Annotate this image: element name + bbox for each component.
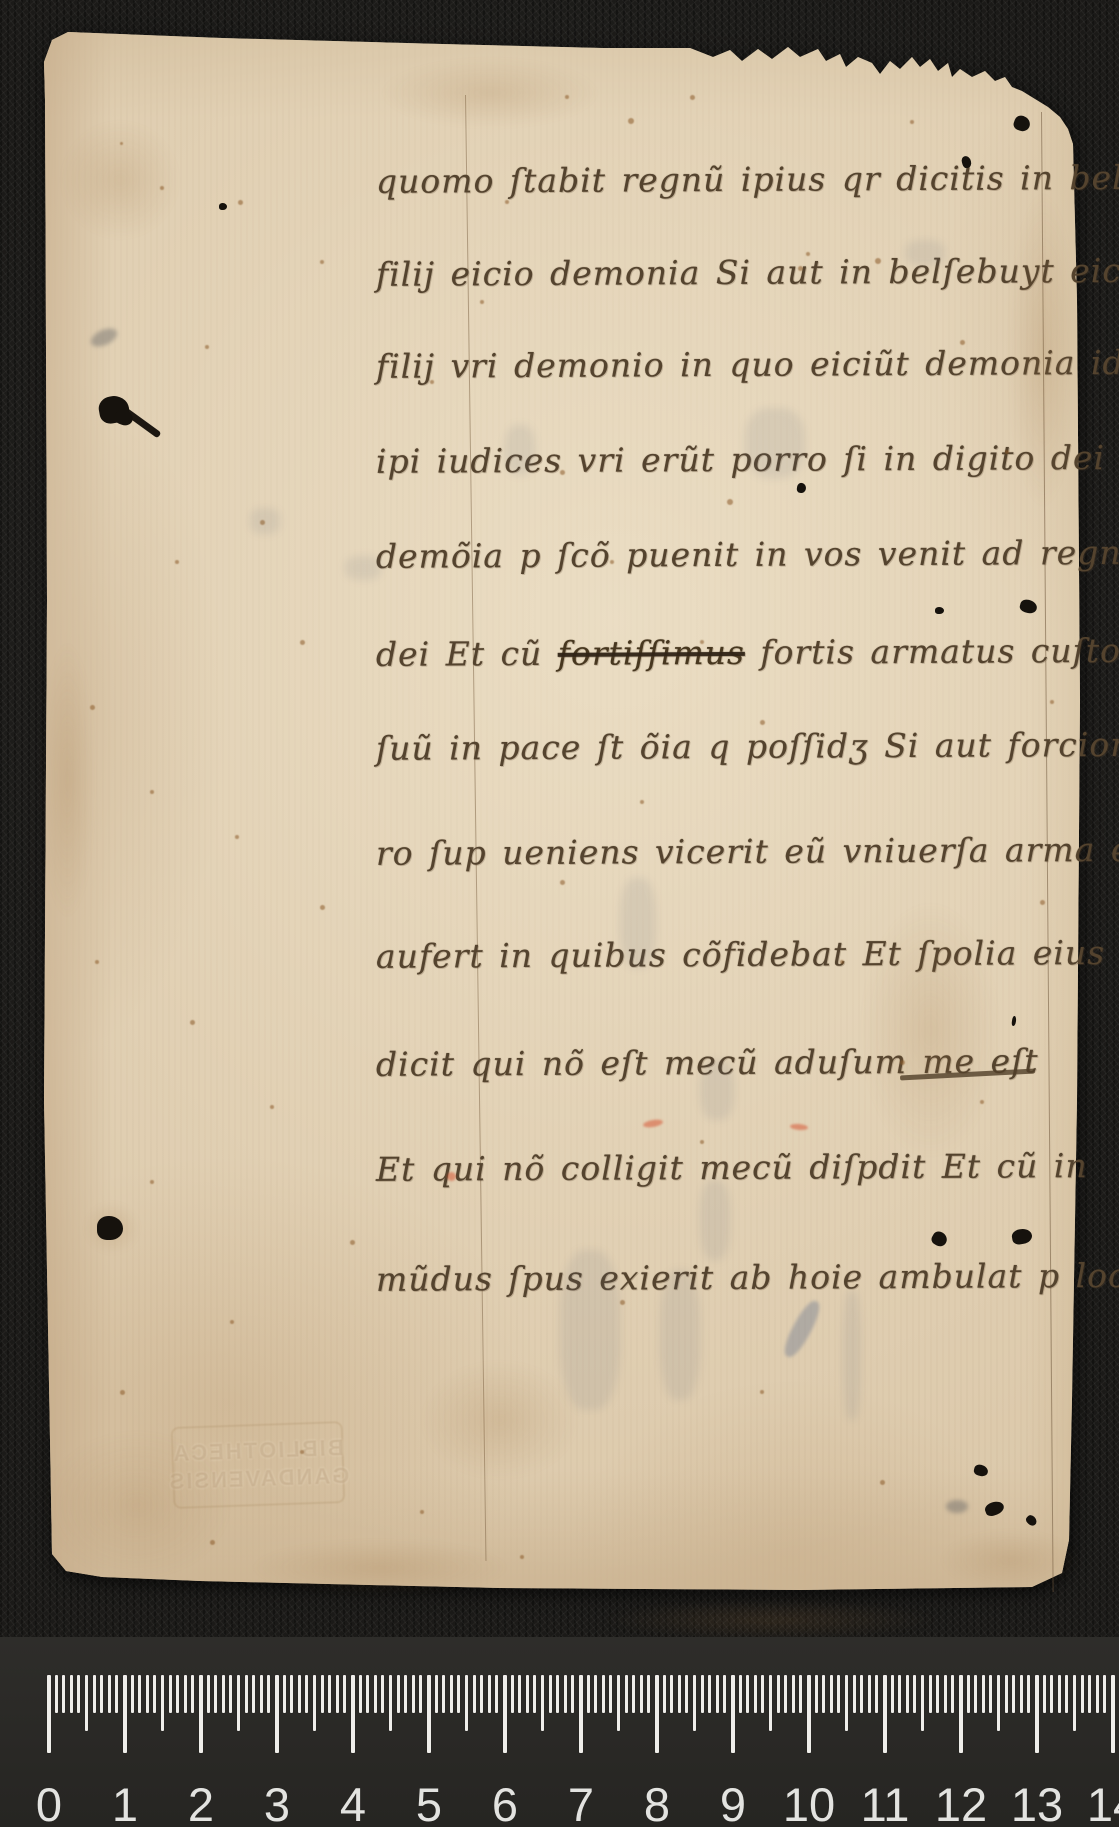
ruler-tick [214,1675,217,1713]
brown-specks-mark [520,1555,524,1559]
brown-specks-mark [175,560,179,564]
brown-specks-mark [420,1510,424,1514]
ruler-tick [663,1675,666,1713]
ruler-tick [1035,1675,1039,1753]
ruler-tick [305,1675,308,1713]
ruler-tick [731,1675,735,1753]
brown-specks-mark [560,470,565,475]
ruler-tick [359,1675,362,1713]
brown-specks-mark [120,142,123,145]
show-through-mark [660,1270,700,1400]
ruler-tick [556,1675,559,1713]
brown-specks-mark [1040,900,1045,905]
ruler-tick [822,1675,825,1713]
ruler-tick [898,1675,901,1713]
brown-specks-mark [90,705,95,710]
ruler-tick [419,1675,422,1713]
ruler-tick [518,1675,521,1713]
ruler-tick [283,1675,286,1713]
ruler-label: 4 [340,1777,366,1827]
ruler-tick [1027,1675,1030,1713]
line-text: fortis armatus cuſtodit atriũ [745,630,1119,672]
show-through-mark [560,1250,620,1410]
manuscript-line: filij vri demonio in quo eiciũt demonia … [376,343,1074,399]
ruler-tick [1050,1675,1053,1713]
ruler-label: 6 [492,1777,518,1827]
brown-specks-mark [270,1105,274,1109]
ruler-tick [290,1675,293,1713]
ruler-label: 14 [1087,1777,1119,1827]
ruler-tick [837,1675,840,1713]
ruler-tick [427,1675,431,1753]
ruler-label: 7 [568,1777,594,1827]
ruler-label: 11 [861,1777,910,1827]
brown-specks-mark [300,1450,304,1454]
ruler-tick [579,1675,583,1753]
brown-specks-mark [160,186,164,190]
brown-specks-mark [900,1060,905,1065]
show-through-mark [620,878,656,968]
brown-specks-mark [1050,700,1054,704]
brown-specks-mark [560,880,565,885]
brown-specks-mark [880,1480,885,1485]
ruler-tick [739,1675,742,1713]
screenshot-root: { "colors": { "parchment": "#dcc9ab", "i… [0,0,1119,1827]
ruler-tick [252,1675,255,1713]
ruler-tick [374,1675,377,1713]
brown-specks-mark [238,200,243,205]
brown-specks-mark [95,960,99,964]
ruler-tick [381,1675,384,1713]
ruler-tick [944,1675,947,1713]
ruler-tick [298,1675,301,1713]
ruler-tick [815,1675,818,1713]
ruler-tick [701,1675,704,1713]
stains-mark [380,58,600,128]
brown-specks-mark [875,258,881,264]
ruler-tick [997,1675,1000,1731]
ruler-label: 9 [720,1777,746,1827]
ruler-tick [1043,1675,1046,1713]
ruler-tick [594,1675,597,1713]
ruler-tick [343,1675,346,1713]
ruler-tick [640,1675,643,1713]
ruler-tick [1012,1675,1015,1713]
line-text: ro ſup ueniens vicerit eũ vniuerſa arma … [376,830,1119,873]
brown-specks-mark [320,905,325,910]
ruler-tick [62,1675,65,1713]
ruler-tick [883,1675,887,1753]
ruler-label: 13 [1011,1777,1063,1827]
brown-specks-mark [260,520,265,525]
ruler-tick [1005,1675,1008,1713]
black-spots-mark [935,607,944,614]
ruler-tick [488,1675,491,1713]
ruler-tick [442,1675,445,1713]
ruler-tick [435,1675,438,1713]
ruler-tick [564,1675,567,1713]
ruler-tick [1088,1675,1091,1713]
brown-specks-mark [120,1390,125,1395]
ruler-tick [693,1675,696,1731]
ruler-tick [989,1675,992,1713]
ruler-tick [609,1675,612,1713]
ruler-tick [875,1675,878,1713]
ruler-tick [473,1675,476,1713]
show-through-mark [700,1180,730,1260]
ruler-tick [351,1675,355,1753]
ruler-tick [533,1675,536,1713]
ruler-tick [450,1675,453,1713]
stains-mark [1008,190,1078,510]
ruler-tick [807,1675,811,1753]
ruler-tick [655,1675,659,1753]
ruler-tick [754,1675,757,1713]
ruler-tick [397,1675,400,1713]
ruler-tick [161,1675,164,1731]
ruler-tick [275,1675,279,1753]
ruler-tick [571,1675,574,1713]
brown-specks-mark [150,1180,154,1184]
ruler-tick [670,1675,673,1713]
ruler-tick [70,1675,73,1713]
line-text: aufert in quibus cõfidebat Et ſpolia eiu… [376,932,1119,976]
stains-mark [42,1430,232,1580]
ruler-tick [1103,1675,1106,1713]
ruler-tick [191,1675,194,1713]
ruler-tick [921,1675,924,1731]
ruler-tick [799,1675,802,1713]
ruler-tick [967,1675,970,1713]
ruler-tick [1058,1675,1061,1713]
ruler-label: 8 [644,1777,670,1827]
ruler-tick [929,1675,932,1713]
ruler-tick [708,1675,711,1713]
show-through-mark [843,1290,861,1420]
show-through-mark [700,1060,734,1120]
ruler-tick [389,1675,392,1731]
line-text: filij eicio demonia Si aut in belſebuyt … [376,250,1119,294]
brown-specks-mark [798,266,803,271]
gray-smudges-mark [946,1500,968,1513]
ruler-tick [1065,1675,1068,1713]
brown-specks-mark [960,340,965,345]
stains-mark [60,120,180,240]
ruler-tick [47,1675,51,1753]
brown-specks-mark [300,640,305,645]
ruler-tick [632,1675,635,1713]
brown-specks-mark [480,300,484,304]
brown-specks-mark [840,960,844,964]
ruler-tick [123,1675,127,1753]
brown-specks-mark [190,1020,195,1025]
manuscript-line: dei Et cũ fortiſſimus fortis armatus cuſ… [376,631,1074,687]
ruler-tick [526,1675,529,1713]
ruler-tick [199,1675,203,1753]
show-through-mark [505,425,535,475]
ruler-tick [891,1675,894,1713]
line-text: quomo ſtabit regnũ ipius qr dicitis in b… [376,157,1119,201]
ruler-tick [85,1675,88,1731]
ruler-tick [184,1675,187,1713]
ruler-tick [830,1675,833,1713]
ruler-tick [678,1675,681,1713]
ruler-tick [207,1675,210,1713]
ruler-tick [959,1675,963,1753]
ruler-label: 1 [112,1777,138,1827]
ruler-tick [685,1675,688,1713]
line-text: ſuũ in pace ſt õia q poſſidʒ Si aut forc… [376,725,1119,768]
brown-specks-mark [700,1140,704,1144]
ruler-tick [982,1675,985,1713]
ruler-tick [845,1675,848,1731]
ruler-tick [131,1675,134,1713]
manuscript-line: demõia p ſcõ puenit in vos venit ad regn… [376,533,1074,589]
ruler-tick [936,1675,939,1713]
ruler-tick [853,1675,856,1713]
ruler-tick [245,1675,248,1713]
red-spots-mark [447,1172,456,1181]
brown-specks-mark [430,380,434,384]
brown-specks-mark [1005,450,1009,454]
ruler-tick [860,1675,863,1713]
ruler-tick [480,1675,483,1713]
ruler-tick [602,1675,605,1713]
brown-specks-mark [760,720,765,725]
ruler-tick [951,1675,954,1713]
brown-specks-mark [690,95,695,100]
ruler-tick [647,1675,650,1713]
ruler-tick [138,1675,141,1713]
brown-specks-mark [205,345,209,349]
ruler-tick [229,1675,232,1713]
manuscript-line: ro ſup ueniens vicerit eũ vniuerſa arma … [376,830,1074,886]
ruler-label: 0 [36,1777,62,1827]
ruler-tick [549,1675,552,1713]
ruler-tick [237,1675,240,1731]
ruler-tick [100,1675,103,1713]
ruler-tick [465,1675,468,1731]
line-text: dei Et cũ [376,634,558,674]
line-text: demõia p ſcõ puenit in vos venit ad regn… [376,533,1119,576]
ruler-tick [93,1675,96,1713]
ruler-tick [1096,1675,1099,1713]
brown-specks-mark [565,95,569,99]
ruler-tick [723,1675,726,1713]
ruler-tick [366,1675,369,1713]
brown-specks-mark [980,1100,984,1104]
manuscript-line: mũdus ſpus exierit ab hoie ambulat p loc… [376,1256,1074,1312]
ruler-label: 3 [264,1777,290,1827]
brown-specks-mark [210,1540,215,1545]
ruler-tick [412,1675,415,1713]
ruler-tick [974,1675,977,1713]
ruler-tick [77,1675,80,1713]
ruler-tick [541,1675,544,1731]
brown-specks-mark [505,200,509,204]
ruler-tick [169,1675,172,1713]
black-spots-mark [97,1216,123,1240]
brown-specks-mark [727,499,733,505]
line-text: Et qui nõ colligit mecũ diſpdit Et cũ in [376,1146,1088,1189]
brown-specks-mark [760,1390,764,1394]
ruler-tick [1020,1675,1023,1713]
brown-specks-mark [350,1240,355,1245]
ruler-tick [587,1675,590,1713]
ruler-tick [1073,1675,1076,1731]
ruler-tick [328,1675,331,1713]
ruler-tick [55,1675,58,1713]
brown-specks-mark [230,1320,234,1324]
black-spots-mark [219,203,227,210]
ruler-tick [495,1675,498,1713]
ruler-tick [617,1675,620,1731]
manuscript-line: ſuũ in pace ſt õia q poſſidʒ Si aut forc… [376,725,1074,781]
ruler-label: 10 [783,1777,835,1827]
stains-mark [250,1540,510,1595]
brown-specks-mark [620,1300,625,1305]
ruler-tick [777,1675,780,1713]
brown-specks-mark [150,790,154,794]
show-through-mark [250,508,280,534]
ruler-tick [913,1675,916,1713]
ruler-tick [404,1675,407,1713]
ruler-tick [503,1675,507,1753]
stains-mark [860,900,1000,1160]
show-through-mark [905,240,945,266]
ruler-tick [260,1675,263,1713]
ruler-tick [792,1675,795,1713]
brown-specks-mark [628,118,634,124]
ruler-tick [716,1675,719,1713]
ruler-label: 5 [416,1777,442,1827]
stains-mark [40,640,95,920]
ruler-tick [1081,1675,1084,1713]
ruler-tick [115,1675,118,1713]
ruler-tick [761,1675,764,1713]
struck-word: fortiſſimus [558,633,745,673]
manuscript-line: filij eicio demonia Si aut in belſebuyt … [376,251,1074,307]
ruler-tick [267,1675,270,1713]
ruler-tick [625,1675,628,1713]
ruler-tick [511,1675,514,1713]
show-through-mark [345,556,381,580]
brown-specks-mark [910,120,914,124]
brown-specks-mark [700,640,704,644]
ruler-tick [176,1675,179,1713]
stains-mark [600,1600,940,1640]
manuscript-line: ipi iudices vri erũt porro ſi in digito … [376,438,1074,494]
ruler-label: 2 [188,1777,214,1827]
brown-specks-mark [806,252,810,256]
ruler-tick [222,1675,225,1713]
ruler-tick [321,1675,324,1713]
brown-specks-mark [320,260,324,264]
ruler-tick [108,1675,111,1713]
ruler-label: 12 [935,1777,987,1827]
line-text: mũdus ſpus exierit ab hoie ambulat p loc… [376,1256,1119,1299]
ruler-tick [313,1675,316,1731]
show-through-mark [745,408,805,478]
ruler-tick [746,1675,749,1713]
brown-specks-mark [640,800,644,804]
ruler-tick [906,1675,909,1713]
ruler-tick [784,1675,787,1713]
stains-mark [420,1360,580,1480]
ruler-tick [457,1675,460,1713]
ruler-tick [769,1675,772,1731]
stains-mark [940,1530,1080,1590]
ruler-tick [336,1675,339,1713]
brown-specks-mark [610,560,614,564]
ruler-tick [153,1675,156,1713]
ruler: 01234567891011121314 [0,1637,1119,1827]
ruler-tick [868,1675,871,1713]
ruler-tick [1111,1675,1115,1753]
brown-specks-mark [235,835,239,839]
ruler-tick [146,1675,149,1713]
